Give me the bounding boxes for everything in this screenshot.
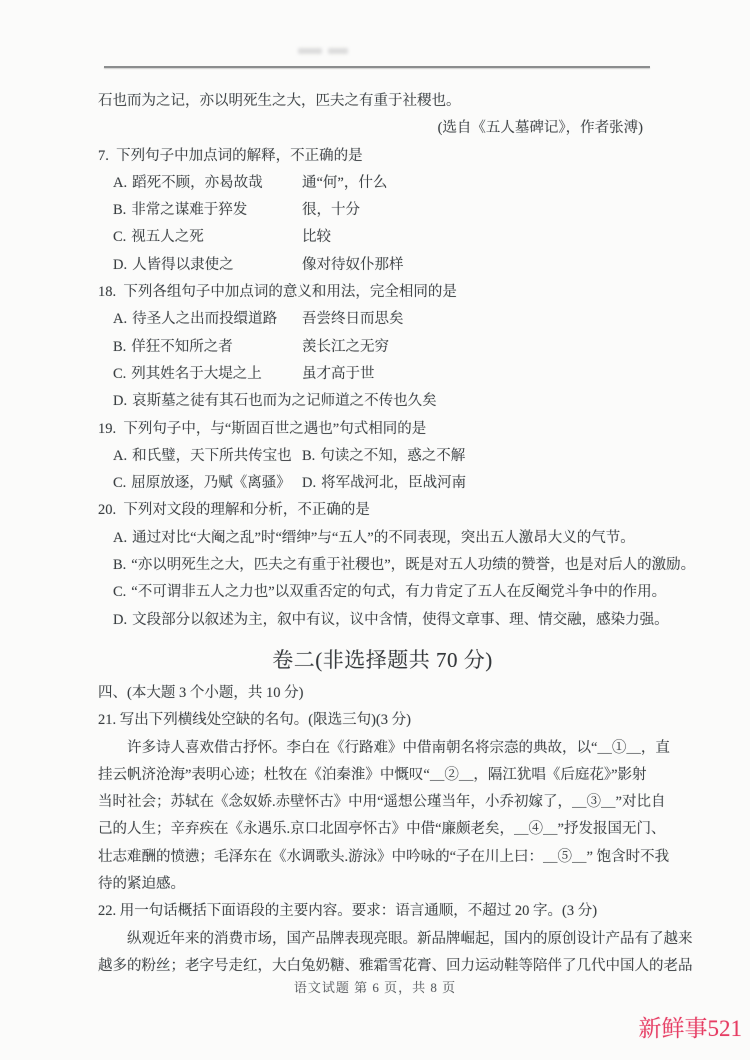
- q21-paragraph-line: 当时社会；苏轼在《念奴娇.赤壁怀古》中用“遥想公瑾当年，小乔初嫁了，＿③＿”对比…: [98, 789, 667, 816]
- scan-artifact: [298, 48, 322, 54]
- q20-option-d: D.文段部分以叙述为主，叙中有议，议中含情，使得文章事、理、情交融，感染力强。: [98, 607, 667, 634]
- option-text: 和氏璧，天下所共传宝也: [132, 448, 292, 464]
- option-text: “不可谓非五人之力也”以双重否定的句式，有力肯定了五人在反阉党斗争中的作用。: [131, 579, 666, 606]
- option-label: D.: [113, 257, 127, 273]
- option-text: 句读之不知，惑之不解: [320, 448, 465, 464]
- option-phrase: A.蹈死不顾，亦曷故哉: [113, 170, 302, 197]
- q22-stem: 22. 用一句话概括下面语段的主要内容。要求：语言通顺，不超过 20 字。(3 …: [98, 898, 667, 925]
- q7-option-d: D.人皆得以隶使之 像对待奴仆那样: [98, 252, 667, 279]
- option-phrase: D.哀斯墓之徒有其石也而为之记: [113, 388, 321, 415]
- option-label: D.: [302, 475, 316, 491]
- q18-option-b: B.佯狂不知所之者 羡长江之无穷: [98, 334, 667, 361]
- q22-paragraph-line: 纵观近年来的消费市场，国产品牌表现亮眼。新品牌崛起，国内的原创设计产品有了越来: [98, 926, 667, 953]
- option-text: 哀斯墓之徒有其石也而为之记: [132, 393, 321, 409]
- option-label: D.: [113, 607, 127, 634]
- option-explanation: 很，十分: [302, 197, 360, 224]
- option-label: B.: [302, 448, 315, 464]
- option-label: B.: [113, 202, 126, 218]
- option-text: 屈原放逐，乃赋《离骚》: [131, 475, 291, 491]
- option-text: 虽才高于世: [302, 361, 375, 388]
- option-phrase: C.列其姓名于大堤之上: [113, 361, 302, 388]
- option-label: A.: [113, 175, 127, 191]
- q7-option-c: C.视五人之死 比较: [98, 224, 667, 251]
- option-label: D.: [113, 393, 127, 409]
- option-phrase: B.佯狂不知所之者: [113, 334, 302, 361]
- q21-paragraph-line: 己的人生；辛弃疾在《永遇乐.京口北固亭怀古》中借“廉颇老矣，＿④＿”抒发报国无门…: [98, 816, 667, 843]
- section-four-heading: 四、(本大题 3 个小题，共 10 分): [98, 680, 667, 707]
- watermark-text: 新鲜事521: [639, 1014, 743, 1044]
- q20-stem: 20. 下列对文段的理解和分析，不正确的是: [98, 497, 667, 524]
- q18-option-d: D.哀斯墓之徒有其石也而为之记 师道之不传也久矣: [98, 388, 667, 415]
- q19-options-row-2: C.屈原放逐，乃赋《离骚》 D.将军战河北，臣战河南: [98, 470, 667, 497]
- option-explanation: 比较: [302, 224, 331, 251]
- option-label: C.: [113, 475, 126, 491]
- page-footer: 语文试题 第 6 页，共 8 页: [0, 979, 750, 997]
- option-text: 文段部分以叙述为主，叙中有议，议中含情，使得文章事、理、情交融，感染力强。: [132, 607, 669, 634]
- q7-option-b: B.非常之谋难于猝发 很，十分: [98, 197, 667, 224]
- option-phrase: C.视五人之死: [113, 224, 302, 251]
- page-content: 石也而为之记，亦以明死生之大，匹夫之有重于社稷也。 (选自《五人墓碑记》，作者张…: [98, 88, 667, 980]
- q19-option-b: B.句读之不知，惑之不解: [302, 443, 465, 470]
- option-label: C.: [113, 366, 126, 382]
- q19-options-row-1: A.和氏璧，天下所共传宝也 B.句读之不知，惑之不解: [98, 443, 667, 470]
- option-text: 非常之谋难于猝发: [131, 202, 247, 218]
- option-phrase: B.非常之谋难于猝发: [113, 197, 302, 224]
- option-explanation: 通“何”，什么: [302, 170, 387, 197]
- q20-option-c: C.“不可谓非五人之力也”以双重否定的句式，有力肯定了五人在反阉党斗争中的作用。: [98, 579, 667, 606]
- q21-paragraph-line: 挂云帆济沧海”表明心迹；杜牧在《泊秦淮》中慨叹“＿②＿，隔江犹唱《后庭花》”影射: [98, 762, 667, 789]
- q7-stem: 7. 下列句子中加点词的解释，不正确的是: [98, 143, 667, 170]
- option-text: 视五人之死: [131, 229, 204, 245]
- exam-page: 石也而为之记，亦以明死生之大，匹夫之有重于社稷也。 (选自《五人墓碑记》，作者张…: [0, 0, 750, 1060]
- option-label: C.: [113, 579, 126, 606]
- option-text: 羡长江之无穷: [302, 334, 389, 361]
- q22-paragraph-line: 越多的粉丝；老字号走红，大白兔奶糖、雅霜雪花膏、回力运动鞋等陪伴了几代中国人的老…: [98, 953, 667, 980]
- q21-stem: 21. 写出下列横线处空缺的名句。(限选三句)(3 分): [98, 707, 667, 734]
- option-text: 待圣人之出而投缳道路: [132, 311, 277, 327]
- passage-source: (选自《五人墓碑记》，作者张溥): [98, 115, 667, 142]
- option-text: 将军战河北，臣战河南: [321, 475, 466, 491]
- q19-option-d: D.将军战河北，臣战河南: [302, 470, 466, 497]
- option-label: B.: [113, 552, 126, 579]
- q19-option-c: C.屈原放逐，乃赋《离骚》: [113, 470, 302, 497]
- scan-artifact: [328, 48, 348, 54]
- q7-option-a: A.蹈死不顾，亦曷故哉 通“何”，什么: [98, 170, 667, 197]
- q18-option-a: A.待圣人之出而投缳道路 吾尝终日而思矣: [98, 306, 667, 333]
- q21-paragraph-line: 壮志难酬的愤懑；毛泽东在《水调歌头.游泳》中吟咏的“子在川上曰：＿⑤＿” 饱含时…: [98, 844, 667, 871]
- option-text: 吾尝终日而思矣: [302, 306, 404, 333]
- option-label: A.: [113, 311, 127, 327]
- option-text: 列其姓名于大堤之上: [131, 366, 262, 382]
- q18-stem: 18. 下列各组句子中加点词的意义和用法，完全相同的是: [98, 279, 667, 306]
- option-text: 人皆得以隶使之: [132, 257, 234, 273]
- q19-stem: 19. 下列句子中，与“斯固百世之遇也”句式相同的是: [98, 416, 667, 443]
- option-text: 师道之不传也久矣: [321, 388, 437, 415]
- q20-option-a: A.通过对比“大阉之乱”时“缙绅”与“五人”的不同表现，突出五人激昂大义的气节。: [98, 525, 667, 552]
- option-text: 通过对比“大阉之乱”时“缙绅”与“五人”的不同表现，突出五人激昂大义的气节。: [132, 525, 635, 552]
- option-text: 佯狂不知所之者: [131, 339, 233, 355]
- header-rule: [104, 66, 650, 68]
- q21-paragraph-line: 待的紧迫感。: [98, 871, 667, 898]
- q18-option-c: C.列其姓名于大堤之上 虽才高于世: [98, 361, 667, 388]
- option-label: A.: [113, 448, 127, 464]
- q19-option-a: A.和氏璧，天下所共传宝也: [113, 443, 302, 470]
- option-label: A.: [113, 525, 127, 552]
- q20-option-b: B.“亦以明死生之大，匹夫之有重于社稷也”，既是对五人功绩的赞誉，也是对后人的激…: [98, 552, 667, 579]
- option-label: C.: [113, 229, 126, 245]
- q21-paragraph-line: 许多诗人喜欢借古抒怀。李白在《行路难》中借南朝名将宗悫的典故，以“＿①＿，直: [98, 735, 667, 762]
- option-explanation: 像对待奴仆那样: [302, 252, 404, 279]
- option-text: 蹈死不顾，亦曷故哉: [132, 175, 263, 191]
- section-two-title: 卷二(非选择题共 70 分): [98, 640, 667, 680]
- option-label: B.: [113, 339, 126, 355]
- option-phrase: A.待圣人之出而投缳道路: [113, 306, 302, 333]
- option-text: “亦以明死生之大，匹夫之有重于社稷也”，既是对五人功绩的赞誉，也是对后人的激励。: [131, 552, 695, 579]
- passage-line: 石也而为之记，亦以明死生之大，匹夫之有重于社稷也。: [98, 88, 667, 115]
- option-phrase: D.人皆得以隶使之: [113, 252, 302, 279]
